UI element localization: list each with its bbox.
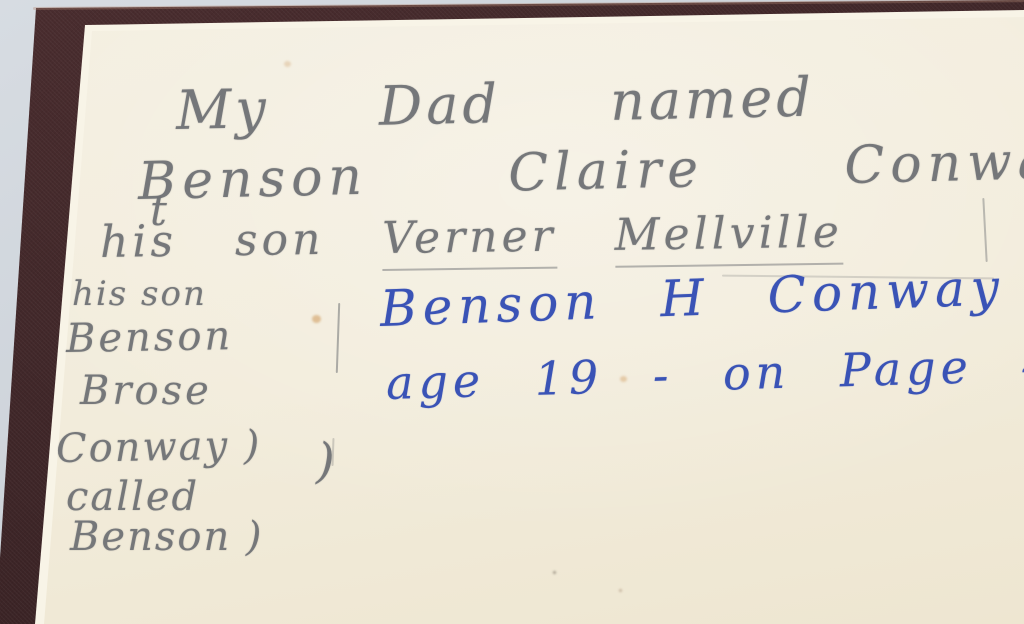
pencil-line-my-dad-named: My Dad named (175, 71, 815, 138)
pencil-mellville-underlined: Mellville (614, 207, 843, 268)
pencil-column-benson: Benson (66, 316, 234, 359)
paper-speck (553, 571, 556, 574)
foxing-spot (284, 61, 291, 67)
foxing-spot (312, 315, 321, 323)
pencil-verner-underlined: Verner (382, 211, 557, 271)
pencil-column-brose: Brose (80, 371, 212, 411)
pencil-column-called: called (66, 477, 199, 517)
pencil-line-his-son-verner-mellville: his son Verner Mellville (100, 211, 844, 265)
pencil-column-benson-2: Benson ) (70, 517, 264, 557)
photo-of-book-flyleaf: My Dad named Benson Claire Conway t his … (0, 0, 1024, 624)
pencil-column-his-son: his son (72, 277, 207, 311)
paper-speck (619, 589, 622, 592)
pencil-column-conway: Conway ) (56, 425, 262, 469)
pencil-his-son: his son (100, 214, 325, 268)
